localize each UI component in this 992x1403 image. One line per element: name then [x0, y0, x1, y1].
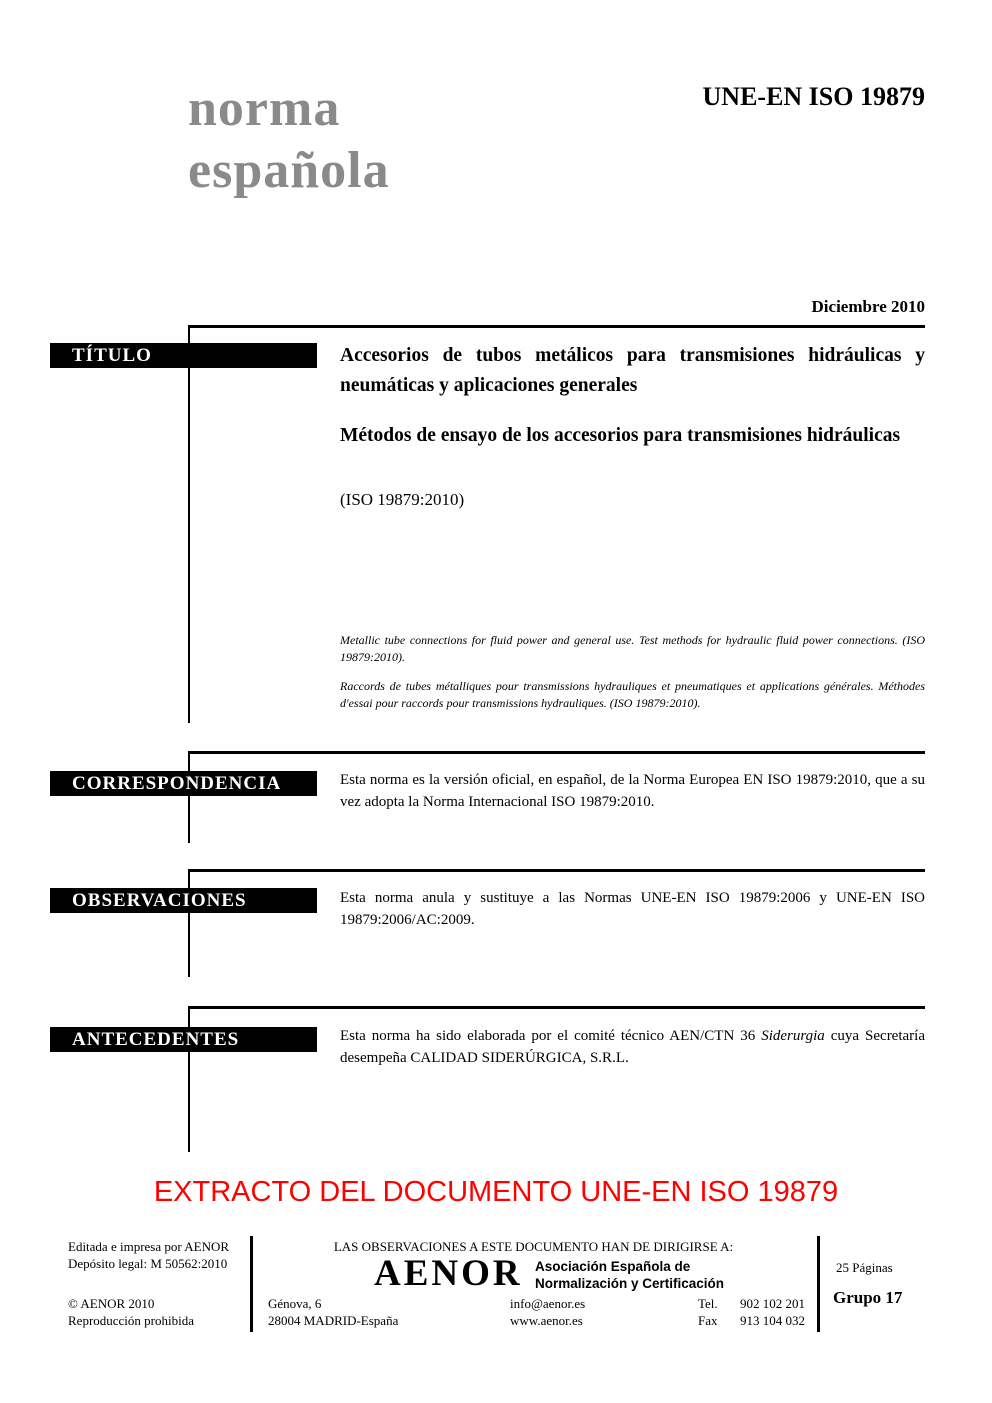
aenor-name-line-1: Asociación Española de [535, 1258, 724, 1275]
antecedentes-top-line [188, 1006, 925, 1009]
footer-tel-label: Tel. [698, 1295, 718, 1312]
standard-cover-page: norma española UNE-EN ISO 19879 Diciembr… [0, 0, 992, 1403]
title-french: Raccords de tubes métalliques pour trans… [340, 678, 925, 711]
aenor-full-name: Asociación Española de Normalización y C… [535, 1258, 724, 1292]
footer-phone-labels: Tel. Fax [698, 1295, 718, 1329]
logo-line-2: española [188, 140, 390, 202]
titulo-top-line [188, 325, 925, 328]
observaciones-text: Esta norma anula y sustituye a las Norma… [340, 887, 925, 931]
logo-line-1: norma [188, 78, 390, 140]
footer-website[interactable]: www.aenor.es [510, 1312, 585, 1329]
correspondencia-top-line [188, 751, 925, 754]
antecedentes-text-before: Esta norma ha sido elaborada por el comi… [340, 1028, 761, 1044]
footer-address: Génova, 6 28004 MADRID-España [268, 1295, 398, 1329]
footer-copyright: © AENOR 2010 Reproducción prohibida [68, 1295, 194, 1329]
document-code: UNE-EN ISO 19879 [703, 82, 925, 112]
correspondencia-text: Esta norma es la versión oficial, en esp… [340, 769, 925, 813]
footer-tel-number: 902 102 201 [737, 1295, 805, 1312]
titulo-label: TÍTULO [50, 343, 317, 368]
title-english: Metallic tube connections for fluid powe… [340, 632, 925, 665]
observaciones-vertical-line [188, 869, 190, 977]
antecedentes-text: Esta norma ha sido elaborada por el comi… [340, 1025, 925, 1069]
observaciones-label: OBSERVACIONES [50, 888, 317, 913]
antecedentes-label: ANTECEDENTES [50, 1027, 317, 1052]
footer-city: 28004 MADRID-España [268, 1312, 398, 1329]
correspondencia-label: CORRESPONDENCIA [50, 771, 317, 796]
footer-reproduction-notice: Reproducción prohibida [68, 1312, 194, 1329]
iso-reference: (ISO 19879:2010) [340, 490, 925, 510]
footer-edited-by: Editada e impresa por AENOR [68, 1238, 229, 1255]
footer-copyright-line: © AENOR 2010 [68, 1295, 194, 1312]
antecedentes-committee-name: Siderurgia [761, 1028, 825, 1044]
footer-phone-values: 902 102 201 913 104 032 [737, 1295, 805, 1329]
document-date: Diciembre 2010 [812, 297, 925, 317]
footer-page-count: 25 Páginas [836, 1260, 893, 1276]
extracto-banner: EXTRACTO DEL DOCUMENTO UNE-EN ISO 19879 [0, 1176, 992, 1209]
aenor-logo: AENOR [374, 1252, 523, 1295]
footer-observations-notice: LAS OBSERVACIONES A ESTE DOCUMENTO HAN D… [250, 1239, 817, 1255]
title-spanish-sub: Métodos de ensayo de los accesorios para… [340, 421, 925, 451]
titulo-vertical-line [188, 325, 190, 723]
footer-contact-web: info@aenor.es www.aenor.es [510, 1295, 585, 1329]
footer-email[interactable]: info@aenor.es [510, 1295, 585, 1312]
footer-fax-label: Fax [698, 1312, 718, 1329]
observaciones-top-line [188, 869, 925, 872]
norma-espanola-logo: norma española [188, 78, 390, 202]
title-spanish-main: Accesorios de tubos metálicos para trans… [340, 341, 925, 401]
footer-legal-deposit: Depósito legal: M 50562:2010 [68, 1255, 229, 1272]
footer-imprint: Editada e impresa por AENOR Depósito leg… [68, 1238, 229, 1272]
aenor-name-line-2: Normalización y Certificación [535, 1275, 724, 1292]
footer-fax-number: 913 104 032 [737, 1312, 805, 1329]
footer-group: Grupo 17 [833, 1288, 902, 1308]
correspondencia-vertical-line [188, 751, 190, 843]
footer-divider-right [817, 1236, 820, 1332]
footer-street: Génova, 6 [268, 1295, 398, 1312]
